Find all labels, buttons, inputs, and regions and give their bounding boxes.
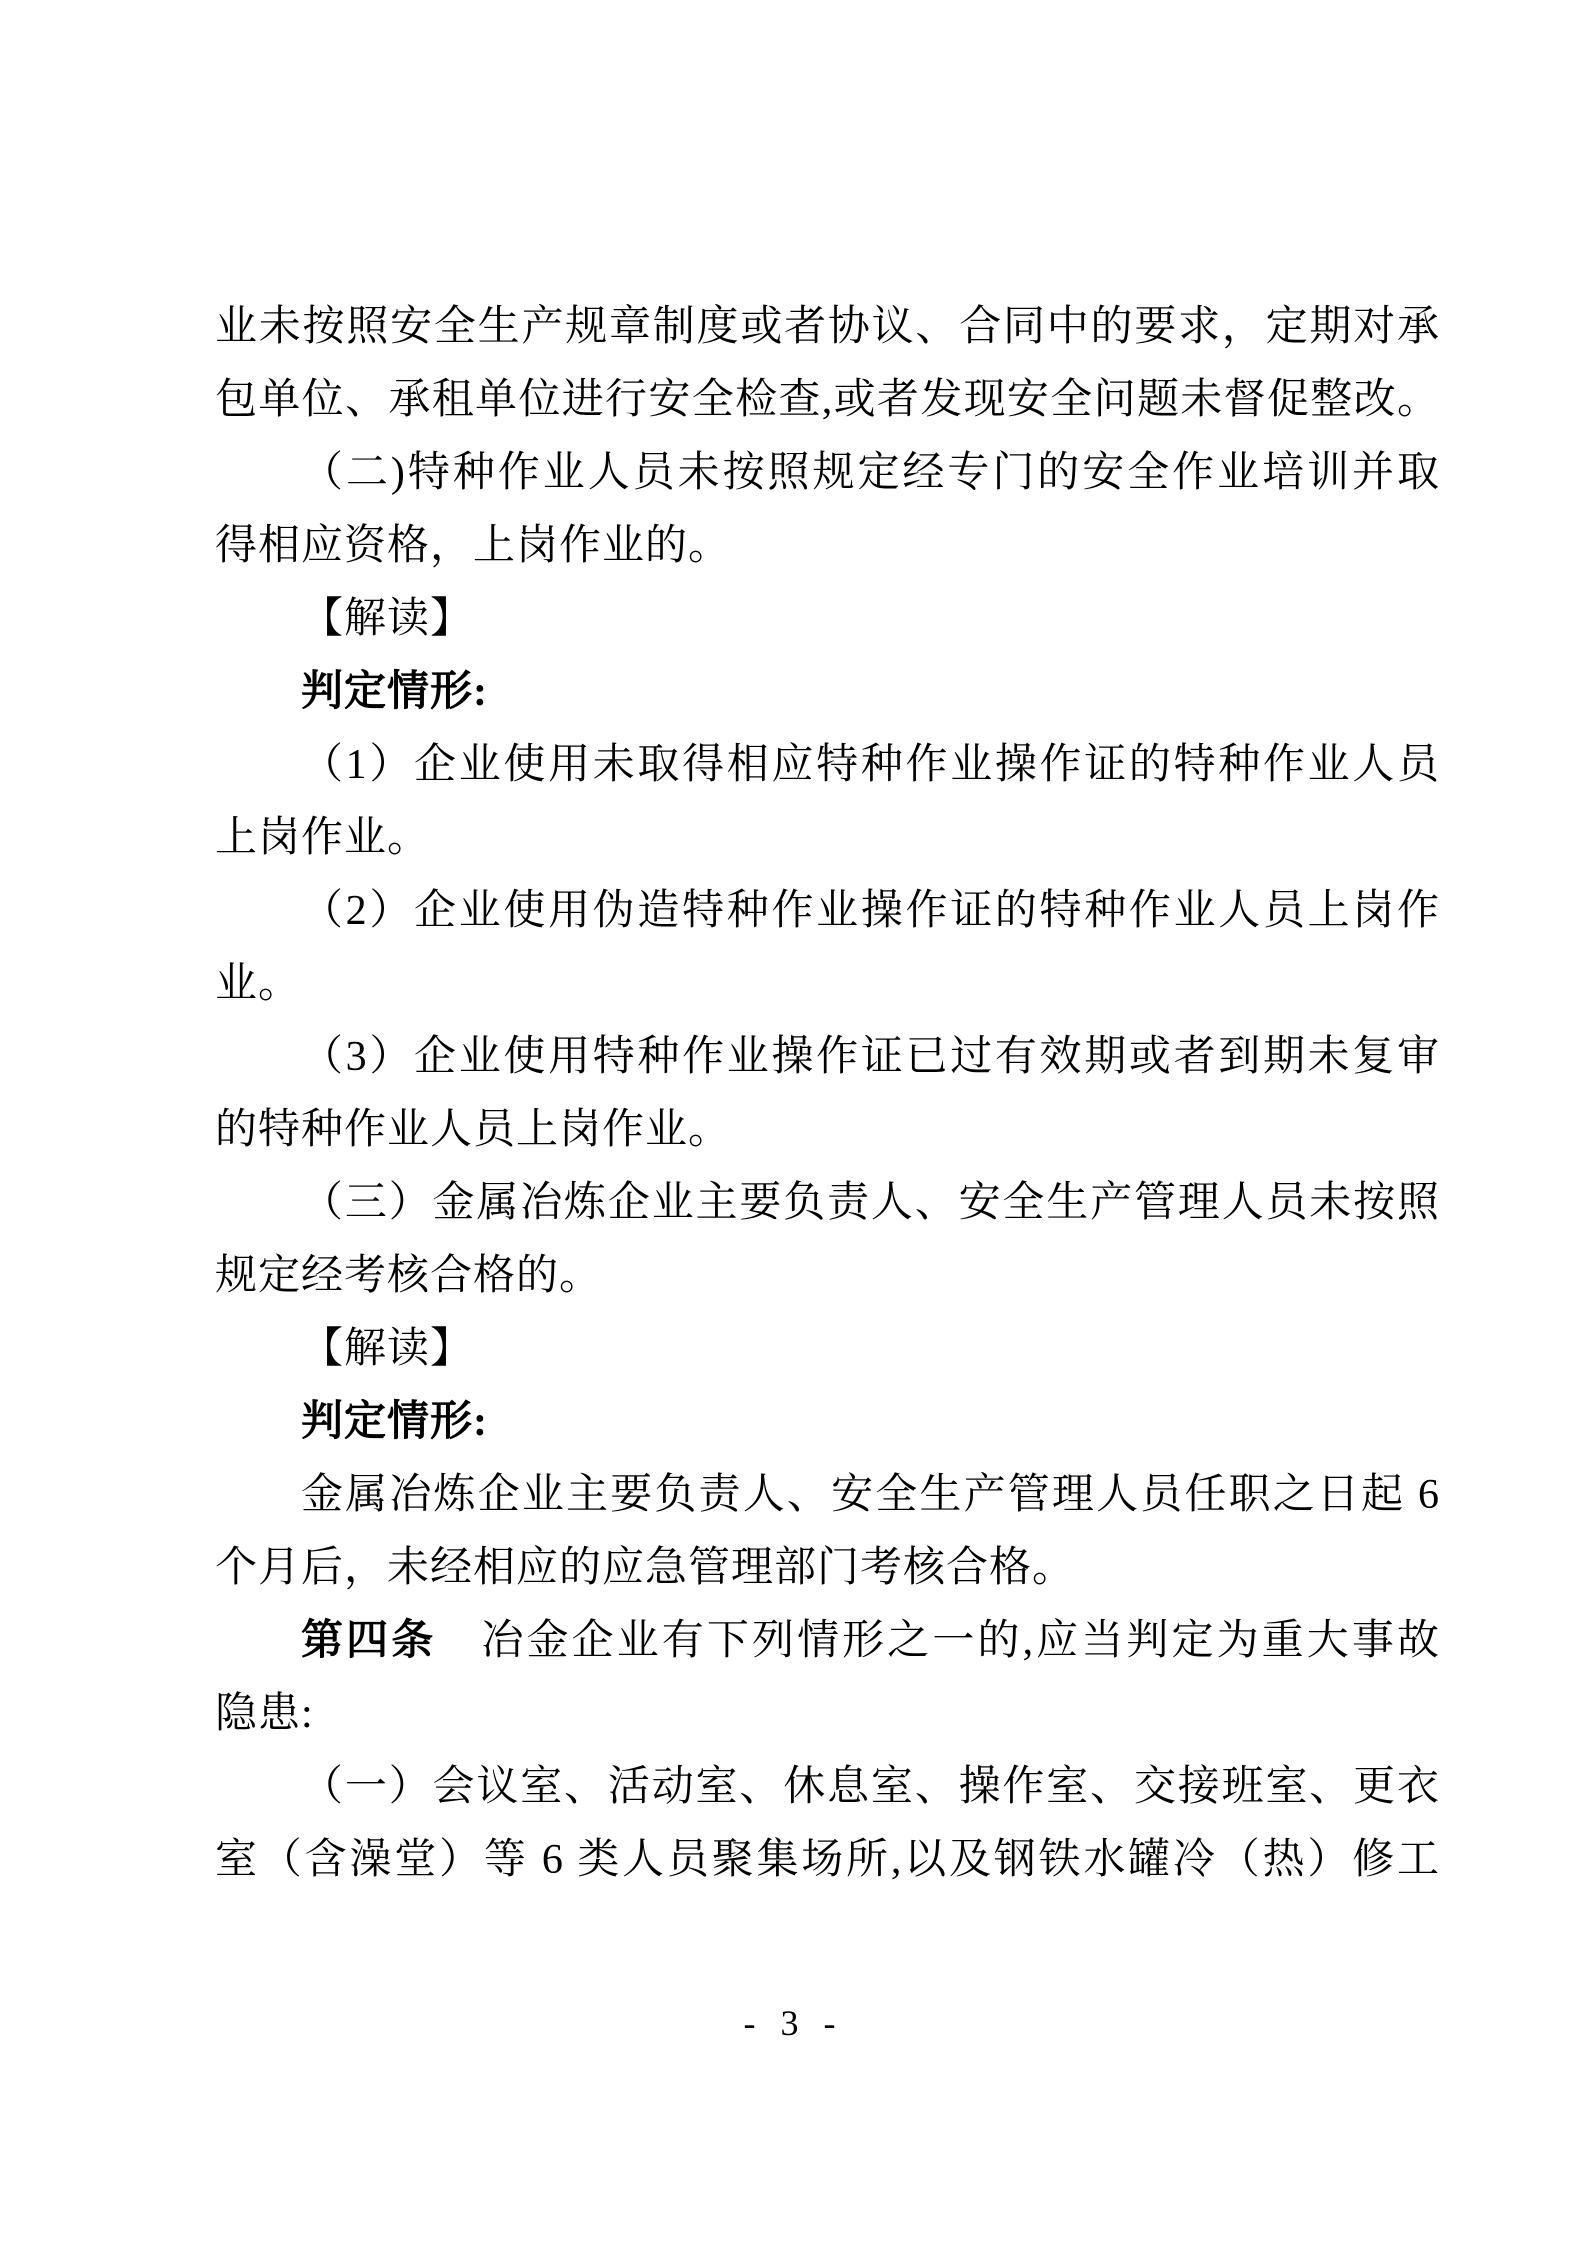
document-page: { "document": { "lines": [ { "text": "业未…	[0, 0, 1587, 2245]
text-line: 隐患:	[215, 1678, 1440, 1751]
text-line: （三）金属冶炼企业主要负责人、安全生产管理人员未按照	[215, 1167, 1440, 1240]
text-line: 第四条 冶金企业有下列情形之一的,应当判定为重大事故	[215, 1605, 1440, 1678]
text-line: 包单位、承租单位进行安全检查,或者发现安全问题未督促整改。	[215, 364, 1440, 437]
page-number: - 3 -	[0, 2000, 1587, 2046]
text-line: 【解读】	[215, 1313, 1440, 1386]
text-line: 判定情形:	[215, 1386, 1440, 1459]
text-line: 个月后，未经相应的应急管理部门考核合格。	[215, 1532, 1440, 1605]
text-line: （2）企业使用伪造特种作业操作证的特种作业人员上岗作	[215, 875, 1440, 948]
text-line: 判定情形:	[215, 656, 1440, 729]
text-line: 上岗作业。	[215, 802, 1440, 875]
document-body: 业未按照安全生产规章制度或者协议、合同中的要求，定期对承 包单位、承租单位进行安…	[215, 291, 1440, 1897]
text-line: 业。	[215, 948, 1440, 1021]
text-line: （1）企业使用未取得相应特种作业操作证的特种作业人员	[215, 729, 1440, 802]
text-line: 金属冶炼企业主要负责人、安全生产管理人员任职之日起 6	[215, 1459, 1440, 1532]
text-line: （一）会议室、活动室、休息室、操作室、交接班室、更衣	[215, 1751, 1440, 1824]
text-line: 室（含澡堂）等 6 类人员聚集场所,以及钢铁水罐冷（热）修工	[215, 1824, 1440, 1897]
text-line: 业未按照安全生产规章制度或者协议、合同中的要求，定期对承	[215, 291, 1440, 364]
text-line: （3）企业使用特种作业操作证已过有效期或者到期未复审	[215, 1021, 1440, 1094]
text-line: 的特种作业人员上岗作业。	[215, 1094, 1440, 1167]
text-line: 得相应资格，上岗作业的。	[215, 510, 1440, 583]
text-line: 【解读】	[215, 583, 1440, 656]
text-line: 规定经考核合格的。	[215, 1240, 1440, 1313]
text-line: （二)特种作业人员未按照规定经专门的安全作业培训并取	[215, 437, 1440, 510]
